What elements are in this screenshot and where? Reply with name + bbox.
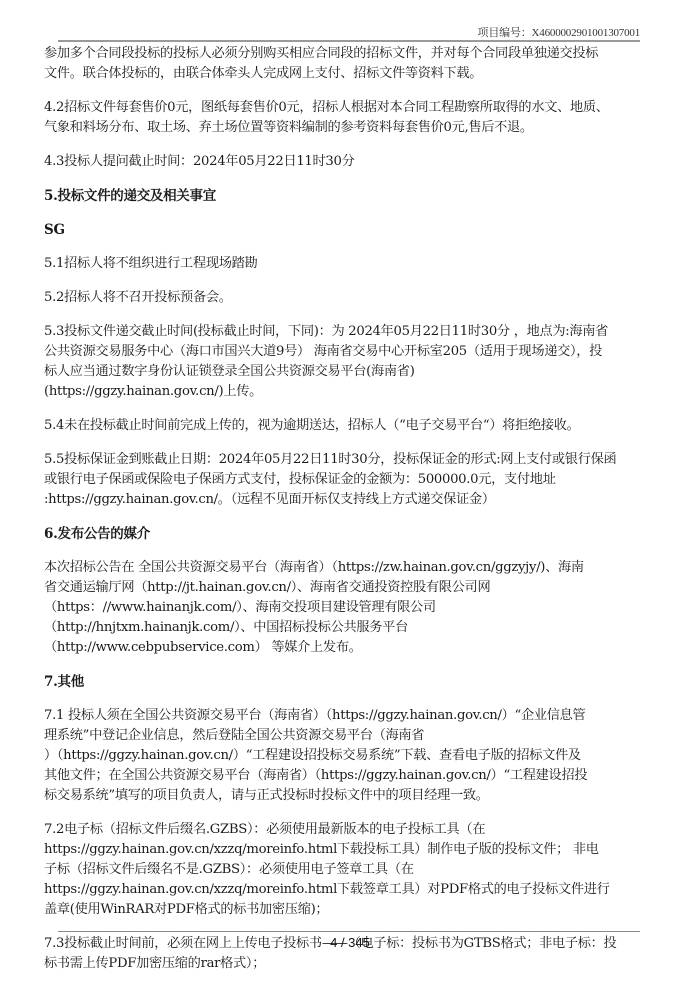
text-line: 5.投标文件的递交及相关事宜: [44, 186, 660, 206]
text-line: ）（https://ggzy.hainan.gov.cn/）“工程建设招投标交易…: [44, 746, 660, 766]
paragraph: 5.5投标保证金到账截止日期：2024年05月22日11时30分，投标保证金的形…: [44, 450, 660, 510]
paragraph: 4.2招标文件每套售价0元，图纸每套售价0元，招标人根据对本合同工程勘察所取得的…: [44, 98, 660, 138]
text-line: 5.2招标人将不召开投标预备会。: [44, 288, 660, 308]
paragraph: 5.3投标文件递交截止时间(投标截止时间，下同)：为 2024年05月22日11…: [44, 322, 660, 402]
paragraph: 7.1 投标人须在全国公共资源交易平台（海南省）（https://ggzy.ha…: [44, 706, 660, 806]
section-heading: SG: [44, 220, 660, 240]
page-number: 4 / 345: [0, 935, 700, 950]
document-body: 参加多个合同段投标的投标人必须分别购买相应合同段的招标文件，并对每个合同段单独递…: [44, 44, 660, 988]
text-line: 7.其他: [44, 672, 660, 692]
text-line: （http://hnjtxm.hainanjk.com/）、中国招标投标公共服务…: [44, 618, 660, 638]
text-line: 或银行电子保函或保险电子保函方式支付，投标保证金的金额为：500000.0元，支…: [44, 470, 660, 490]
paragraph: 4.3投标人提问截止时间：2024年05月22日11时30分: [44, 152, 660, 172]
paragraph: 7.2电子标（招标文件后缀名.GZBS）：必须使用最新版本的电子投标工具（在ht…: [44, 820, 660, 920]
text-line: 6.发布公告的媒介: [44, 524, 660, 544]
text-line: 盖章(使用WinRAR对PDF格式的标书加密压缩)；: [44, 900, 660, 920]
text-line: 标书需上传PDF加密压缩的rar格式）；: [44, 954, 660, 974]
text-line: :https://ggzy.hainan.gov.cn/。（远程不见面开标仅支持…: [44, 490, 660, 510]
text-line: 标人应当通过数字身份认证锁登录全国公共资源交易平台(海南省): [44, 362, 660, 382]
text-line: 5.4未在投标截止时间前完成上传的，视为逾期送达，招标人（“电子交易平台“）将拒…: [44, 416, 660, 436]
text-line: 7.2电子标（招标文件后缀名.GZBS）：必须使用最新版本的电子投标工具（在: [44, 820, 660, 840]
text-line: 子标（招标文件后缀名不是.GZBS）：必须使用电子签章工具（在: [44, 860, 660, 880]
footer-divider: [58, 931, 640, 932]
text-line: 4.3投标人提问截止时间：2024年05月22日11时30分: [44, 152, 660, 172]
text-line: 理系统”中登记企业信息，然后登陆全国公共资源交易平台（海南省: [44, 726, 660, 746]
text-line: 标交易系统”填写的项目负责人，请与正式投标时投标文件中的项目经理一致。: [44, 786, 660, 806]
section-heading: 5.投标文件的递交及相关事宜: [44, 186, 660, 206]
text-line: https://ggzy.hainan.gov.cn/xzzq/moreinfo…: [44, 840, 660, 860]
text-line: https://ggzy.hainan.gov.cn/xzzq/moreinfo…: [44, 880, 660, 900]
text-line: (https://ggzy.hainan.gov.cn/)上传。: [44, 382, 660, 402]
paragraph: 5.2招标人将不召开投标预备会。: [44, 288, 660, 308]
section-heading: 6.发布公告的媒介: [44, 524, 660, 544]
text-line: 气象和料场分布、取土场、弃土场位置等资料编制的参考资料每套售价0元,售后不退。: [44, 118, 660, 138]
paragraph: 5.1招标人将不组织进行工程现场踏勘: [44, 254, 660, 274]
text-line: 5.3投标文件递交截止时间(投标截止时间，下同)：为 2024年05月22日11…: [44, 322, 660, 342]
section-heading: 7.其他: [44, 672, 660, 692]
text-line: （http://www.cebpubservice.com） 等媒介上发布。: [44, 638, 660, 658]
text-line: 参加多个合同段投标的投标人必须分别购买相应合同段的招标文件，并对每个合同段单独递…: [44, 44, 660, 64]
text-line: 4.2招标文件每套售价0元，图纸每套售价0元，招标人根据对本合同工程勘察所取得的…: [44, 98, 660, 118]
paragraph: 5.4未在投标截止时间前完成上传的，视为逾期送达，招标人（“电子交易平台“）将拒…: [44, 416, 660, 436]
text-line: 省交通运输厅网（http://jt.hainan.gov.cn/）、海南省交通投…: [44, 578, 660, 598]
text-line: 其他文件；在全国公共资源交易平台（海南省）（https://ggzy.haina…: [44, 766, 660, 786]
project-number: 项目编号：X4600002901001307001: [478, 24, 640, 40]
page-header: 项目编号：X4600002901001307001: [58, 24, 640, 42]
text-line: SG: [44, 220, 660, 240]
text-line: 5.1招标人将不组织进行工程现场踏勘: [44, 254, 660, 274]
paragraph: 本次招标公告在 全国公共资源交易平台（海南省）（https://zw.haina…: [44, 558, 660, 658]
text-line: 文件。联合体投标的，由联合体牵头人完成网上支付、招标文件等资料下载。: [44, 64, 660, 84]
paragraph: 参加多个合同段投标的投标人必须分别购买相应合同段的招标文件，并对每个合同段单独递…: [44, 44, 660, 84]
text-line: 公共资源交易服务中心（海口市国兴大道9号） 海南省交易中心开标室205（适用于现…: [44, 342, 660, 362]
text-line: 7.1 投标人须在全国公共资源交易平台（海南省）（https://ggzy.ha…: [44, 706, 660, 726]
text-line: 本次招标公告在 全国公共资源交易平台（海南省）（https://zw.haina…: [44, 558, 660, 578]
text-line: （https：//www.hainanjk.com/）、海南交投项目建设管理有限…: [44, 598, 660, 618]
text-line: 5.5投标保证金到账截止日期：2024年05月22日11时30分，投标保证金的形…: [44, 450, 660, 470]
